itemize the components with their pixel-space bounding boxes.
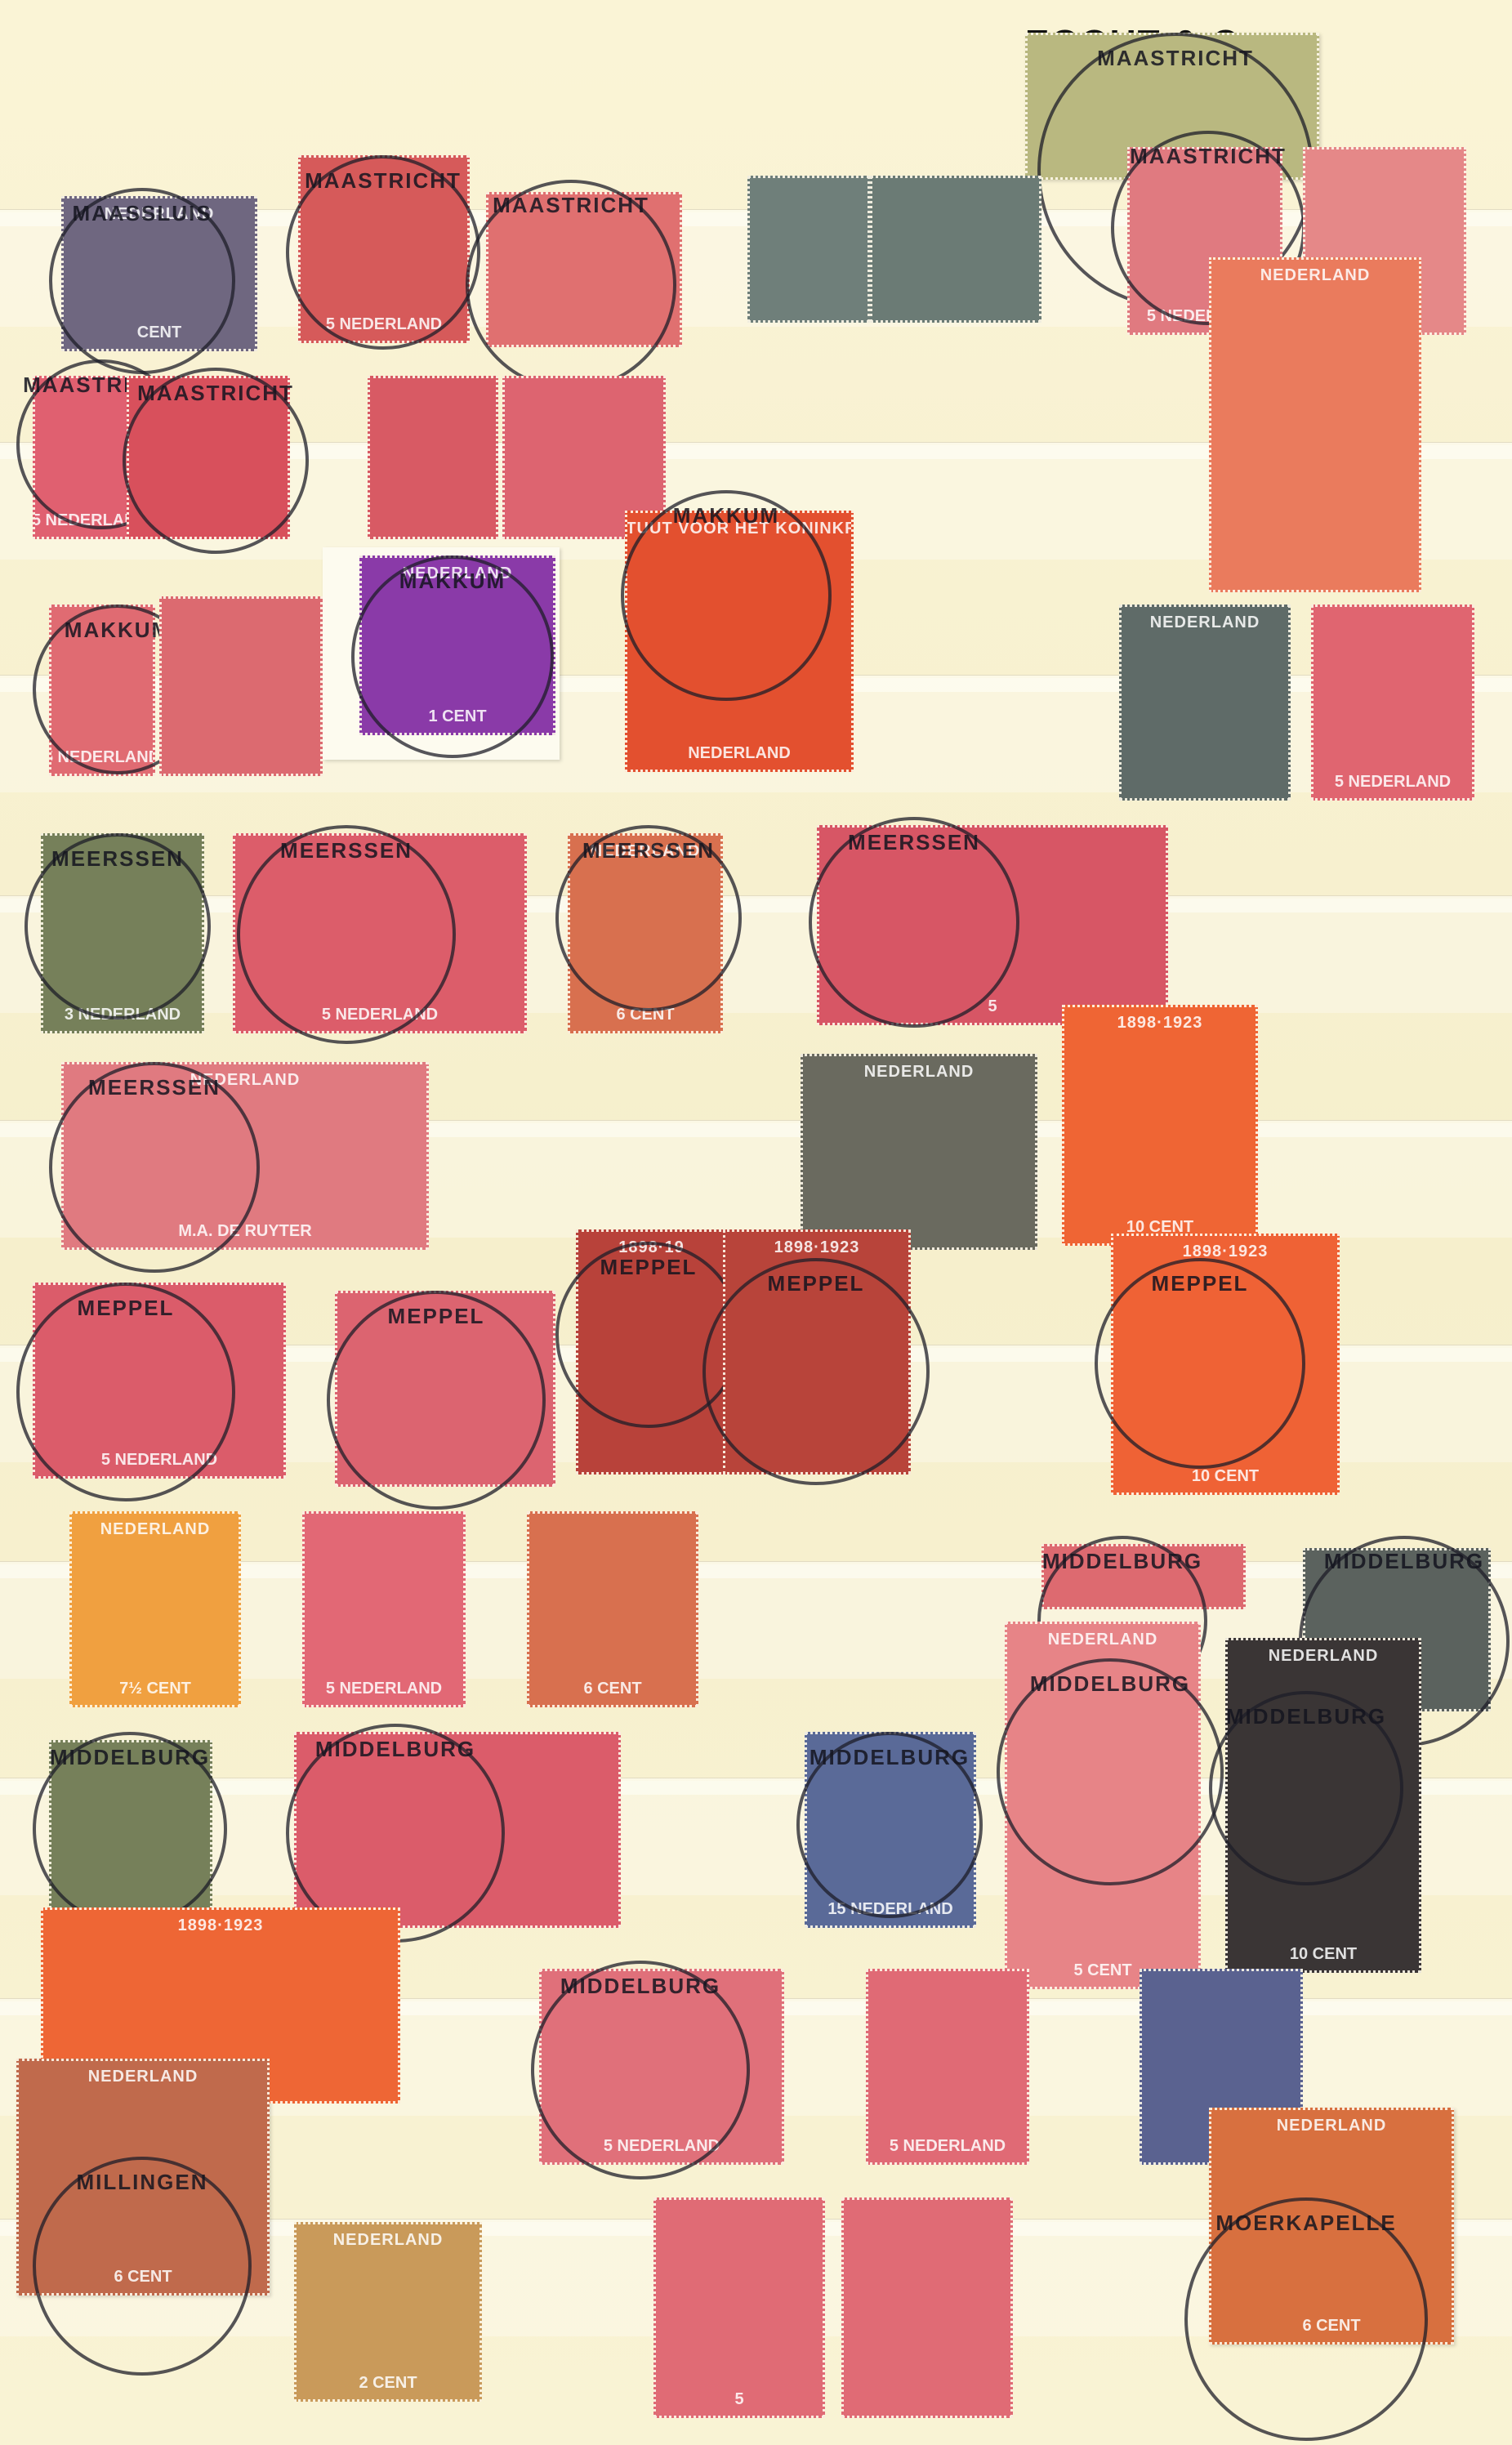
stamp-meerssen-right-strip: 5 [817,825,1168,1025]
stamp-1898-1923-orange: 1898·192310 CENT [1062,1005,1258,1246]
stamp-top-text: NEDERLAND [591,842,701,861]
stamp-row3-right: 5 NEDERLAND [1311,605,1474,801]
stamp-jubilee-10cent: NEDERLAND10 CENT [1225,1638,1421,1973]
stamp-top-text: NEDERLAND [864,1063,975,1082]
stamp-value-text: 2 CENT [359,2374,417,2393]
stamp-moerkapelle-6c: NEDERLAND6 CENT [1209,2108,1454,2345]
stamp-value-text: 5 NEDERLAND [322,1006,438,1024]
stamp-value-text: 6 CENT [1302,2317,1360,2336]
stamp-7half-orange: NEDERLAND7½ CENT [69,1511,241,1707]
stamp-6c-center: 6 CENT [527,1511,698,1707]
stamp-value-text: 6 CENT [583,1680,641,1698]
stamp-jubilee-5cent: NEDERLAND5 CENT [1005,1622,1201,1989]
stamp-top-text: NEDERLAND [1150,613,1260,632]
stamp-2c-pair-b [870,176,1041,323]
glassine-pocket [0,899,1512,1013]
stamp-value-text: CENT [137,323,181,342]
stamp-row3-gray: NEDERLAND [1119,605,1291,801]
stamp-value-text: 3 NEDERLAND [65,1006,181,1024]
stamp-top-text: 1898·1923 [1183,1243,1269,1261]
stamp-maastricht-5c-b [486,192,682,347]
stamp-top-text: 1898·1923 [774,1238,860,1257]
stamp-value-text: 7½ CENT [119,1680,191,1698]
stamp-top-text: STATUUT VOOR HET KONINKRIJK [625,520,854,538]
stamp-value-text: 5 NEDERLAND [101,1451,217,1470]
stamp-middelburg-blue: 15 NEDERLAND [805,1732,976,1928]
stamp-row3-a: 5 NEDERLAND [49,605,155,776]
stamp-middelburg-5c-bottom: 5 NEDERLAND [539,1969,784,2165]
stamp-makkum-airmail: NEDERLAND1 CENT [359,555,555,735]
stamp-value-text: 5 NEDERLAND [604,2137,720,2156]
stamp-meerssen-strip: 5 NEDERLAND [233,833,527,1033]
stamp-value-text: 10 CENT [1290,1945,1357,1964]
stamp-statuut: STATUUT VOOR HET KONINKRIJKNEDERLAND [625,511,854,772]
stamp-value-text: NEDERLAND [688,744,791,763]
stamp-top-text: NEDERLAND [403,564,513,583]
stamp-top-text: 1898·19 [618,1238,684,1257]
stamp-value-text: 5 [734,2390,743,2409]
stamp-top-text: NEDERLAND [1277,2117,1387,2135]
stamp-gray-pair: NEDERLAND [801,1054,1037,1250]
stamp-value-text: 5 NEDERLAND [326,315,442,334]
stamp-m-a-de-ruyter-pair: NEDERLANDM.A. DE RUYTER [61,1062,429,1250]
strip-edge [0,895,1512,912]
stamp-row3-c [159,596,323,776]
stamp-bottom-5c-b [841,2197,1013,2418]
stamp-value-text: 5 NEDERLAND [326,1680,442,1698]
stamp-meppel-5c-single [335,1291,555,1487]
stamp-top-text: 1898·1923 [1117,1014,1203,1033]
stamp-top-text: NEDERLAND [1269,1647,1379,1666]
stamp-top-text: NEDERLAND [88,2068,198,2086]
stamp-value-text: 5 [988,997,997,1016]
stamp-1898-1923-meppel-a: 1898·19 [576,1229,727,1475]
stamp-top-text: NEDERLAND [190,1071,301,1090]
stamp-value-text: 15 NEDERLAND [827,1900,952,1919]
stamp-2c-brown: NEDERLAND2 CENT [294,2222,482,2402]
stamp-value-text: 1 CENT [428,707,486,726]
stamp-top-text: NEDERLAND [100,1520,211,1539]
stamp-maastricht-5c-a: 5 NEDERLAND [298,155,470,343]
stamp-middelburg-green [49,1740,212,1928]
stamp-value-text: 6 CENT [114,2268,172,2287]
stamp-maassluis: NEDERLANDCENT [61,196,257,351]
stamp-value-text: 5 CENT [1073,1961,1131,1980]
stamp-value-text: 10 CENT [1192,1467,1259,1486]
stamp-value-text: 6 CENT [616,1006,674,1024]
stamp-meerssen-6c: NEDERLAND6 CENT [568,833,723,1033]
stamp-value-text: 5 NEDERLAND [890,2137,1006,2156]
stamp-value-text: 5 NEDERLAND [49,748,155,767]
stamp-1898-1923-10cent: 1898·192310 CENT [1111,1234,1340,1495]
stamp-row2-b [127,376,290,539]
stamp-1898-1923-meppel-b: 1898·1923 [723,1229,911,1475]
stamp-value-text: M.A. DE RUYTER [178,1222,311,1241]
stamp-meppel-5c-pair: 5 NEDERLAND [33,1283,286,1479]
stamp-bottom-5c-a: 5 [653,2197,825,2418]
stamp-jubilee-1913: NEDERLAND [1209,257,1421,592]
stamp-top-text: 1898·1923 [178,1916,264,1935]
stamp-millingen-6c: NEDERLAND6 CENT [16,2059,270,2296]
stamp-top-text: NEDERLAND [1260,266,1371,285]
stamp-meerssen-green: 3 NEDERLAND [41,833,204,1033]
stamp-top-text: NEDERLAND [1048,1631,1158,1649]
stamp-5c-bottom-center: 5 NEDERLAND [866,1969,1029,2165]
stamp-row2-c [368,376,498,539]
stamp-middelburg-top [1041,1544,1246,1609]
stamp-5c-center: 5 NEDERLAND [302,1511,466,1707]
stamp-top-text: NEDERLAND [105,205,215,224]
stamp-value-text: 5 NEDERLAND [1335,773,1451,792]
stamp-top-text: NEDERLAND [333,2231,444,2250]
stamp-2c-pair-a [747,176,870,323]
stamp-middelburg-5c-pair [294,1732,621,1928]
